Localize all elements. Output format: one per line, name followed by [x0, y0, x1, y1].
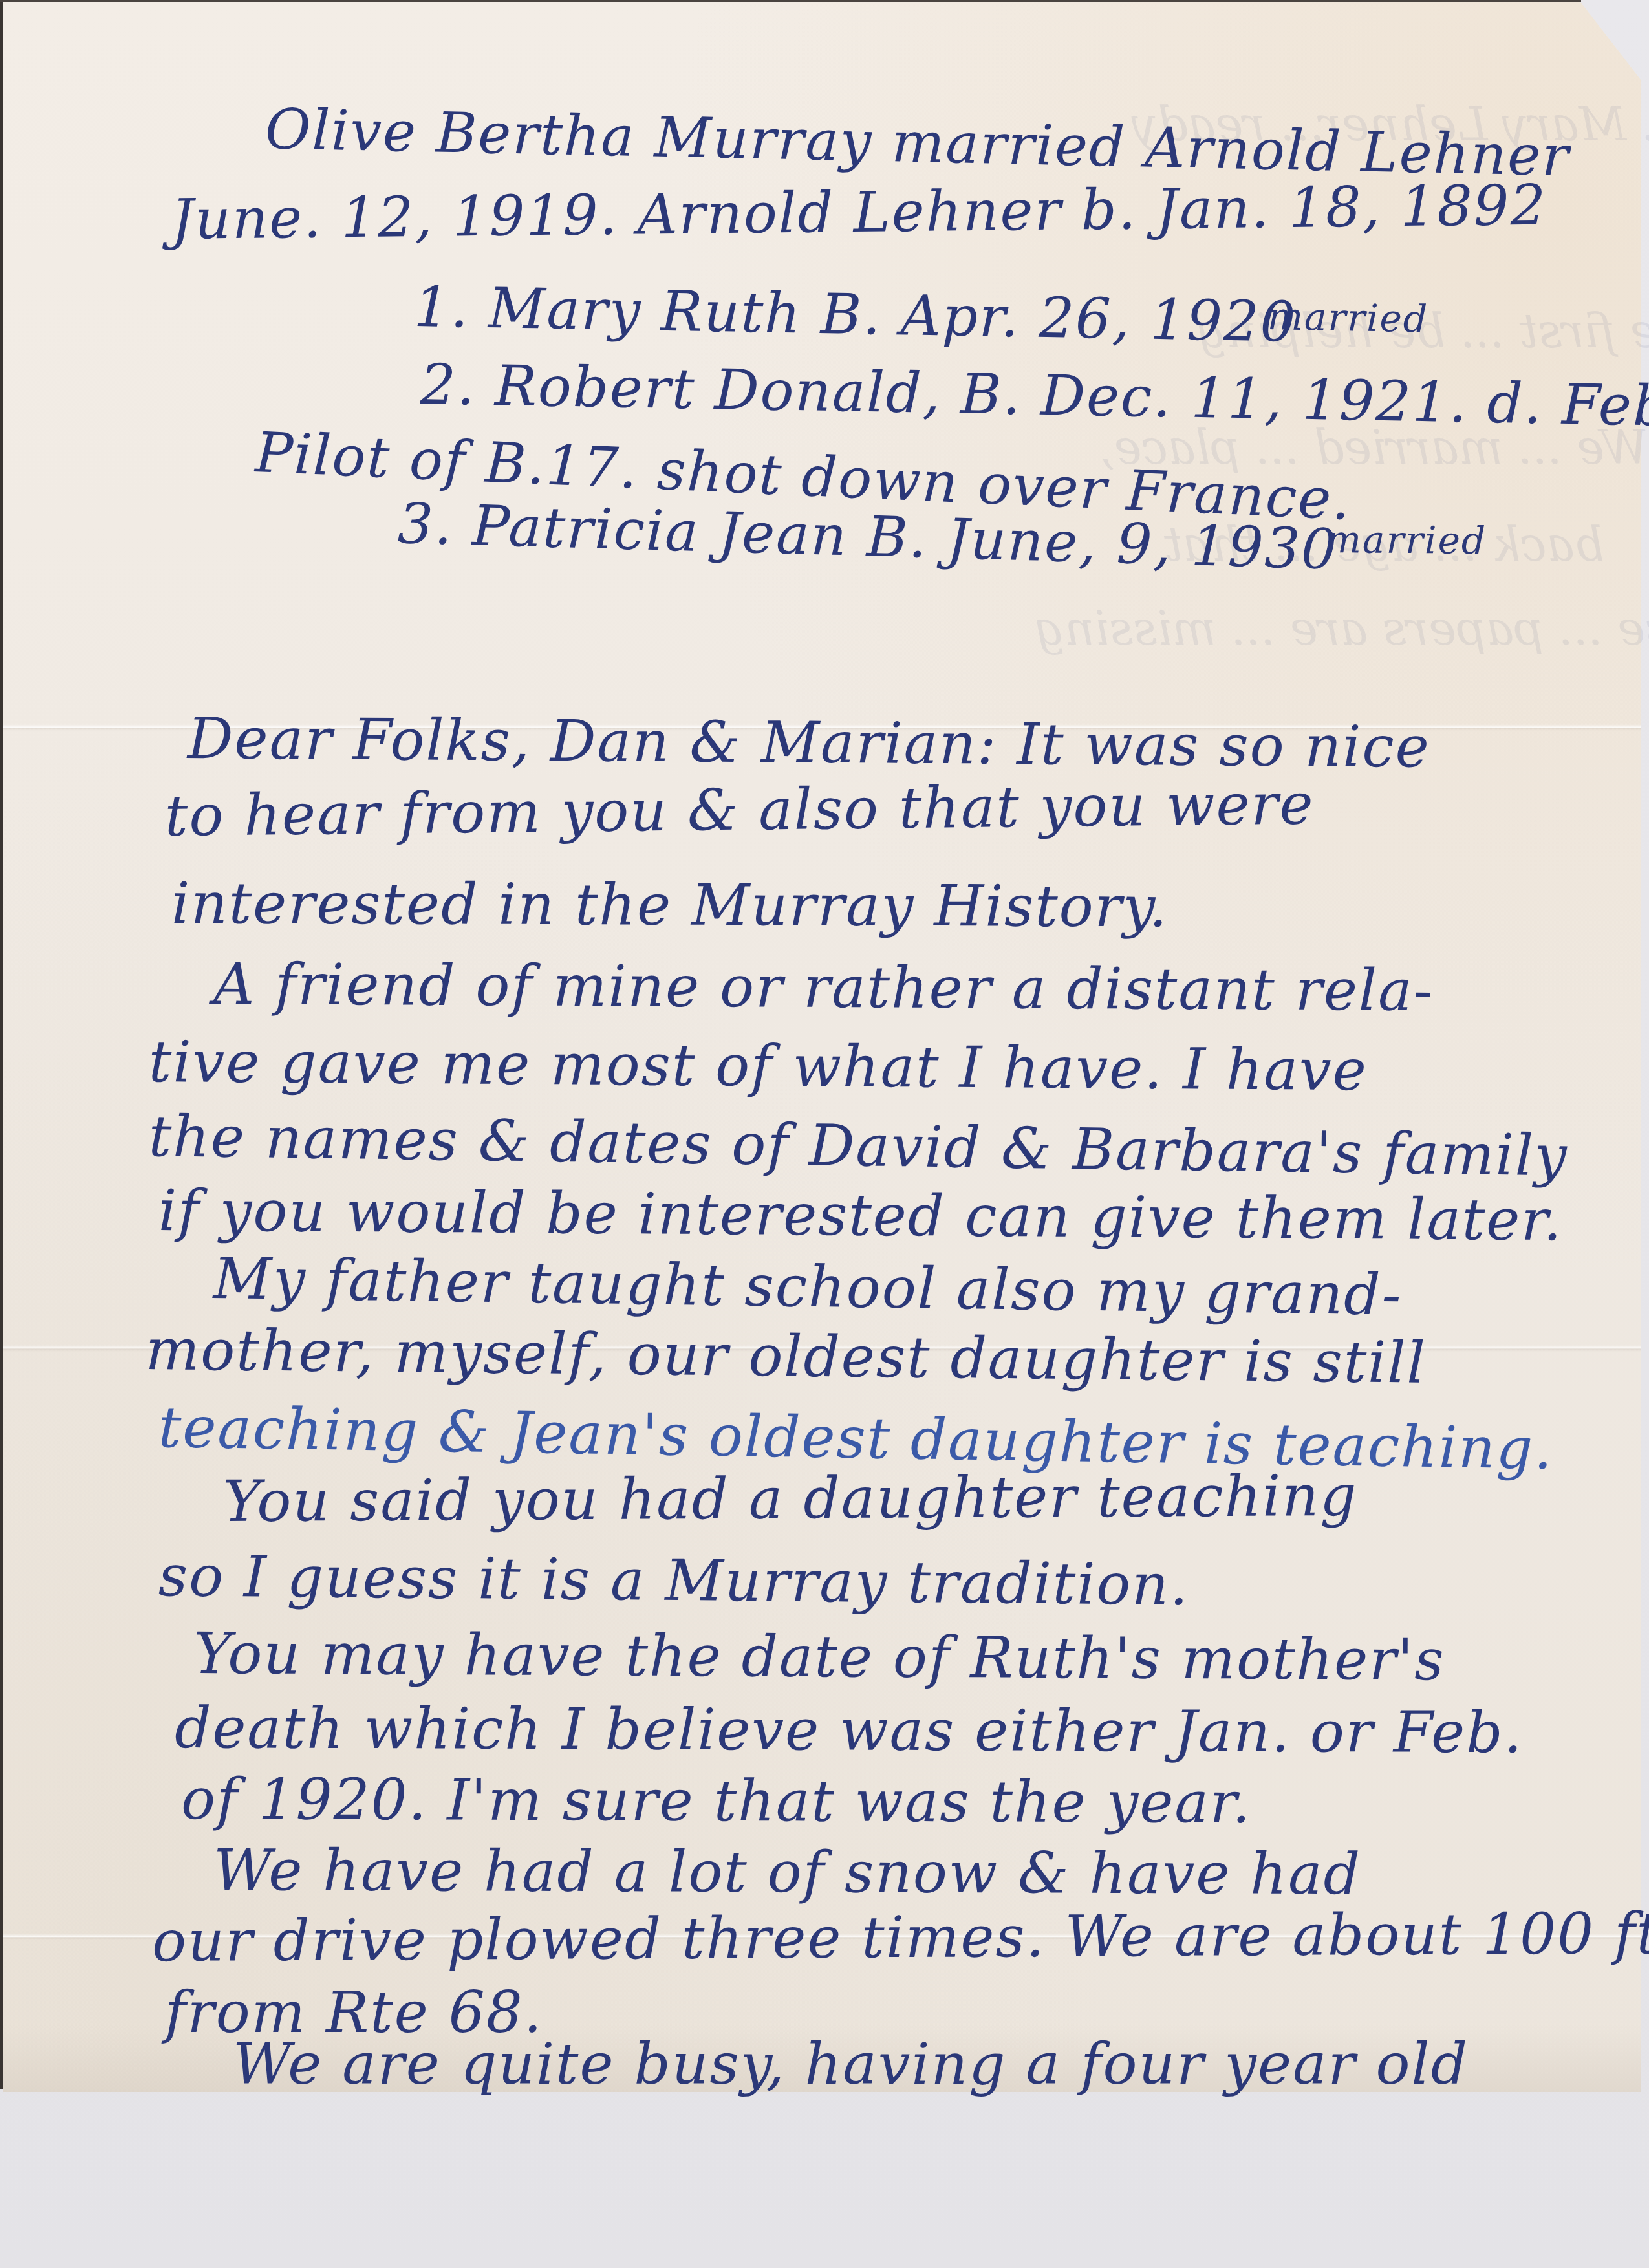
- letter-line: tive gave me most of what I have. I have: [149, 1028, 1368, 1103]
- letter-line: A friend of mine or rather a distant rel…: [213, 951, 1434, 1024]
- letter-line: We have had a lot of snow & have had: [213, 1837, 1361, 1907]
- letter-line: Dear Folks, Dan & Marian: It was so nice: [188, 705, 1430, 780]
- letter-line: if you would be interested can give them…: [158, 1177, 1563, 1253]
- letter-line: mother, myself, our oldest daughter is s…: [145, 1316, 1427, 1396]
- scan-left-edge: [0, 0, 3, 2089]
- letter-line: of 1920. I'm sure that was the year.: [181, 1766, 1252, 1836]
- letter-line: so I guess it is a Murray tradition.: [158, 1542, 1190, 1618]
- letter-line: You said you had a daughter teaching: [223, 1462, 1358, 1535]
- scan-top-edge: [0, 0, 1581, 2]
- letter-line: interested in the Murray History.: [171, 870, 1169, 940]
- letter-line: our drive plowed three times. We are abo…: [152, 1900, 1649, 1974]
- child-1-married-note: married: [1267, 294, 1428, 341]
- letter-line: death which I believe was either Jan. or…: [175, 1694, 1524, 1766]
- letter-line: You may have the date of Ruth's mother's: [194, 1620, 1445, 1693]
- letter-line: We are quite busy, having a four year ol…: [233, 2031, 1469, 2097]
- letter-line: to hear from you & also that you were: [164, 770, 1315, 849]
- child-3-married-note: married: [1326, 517, 1487, 563]
